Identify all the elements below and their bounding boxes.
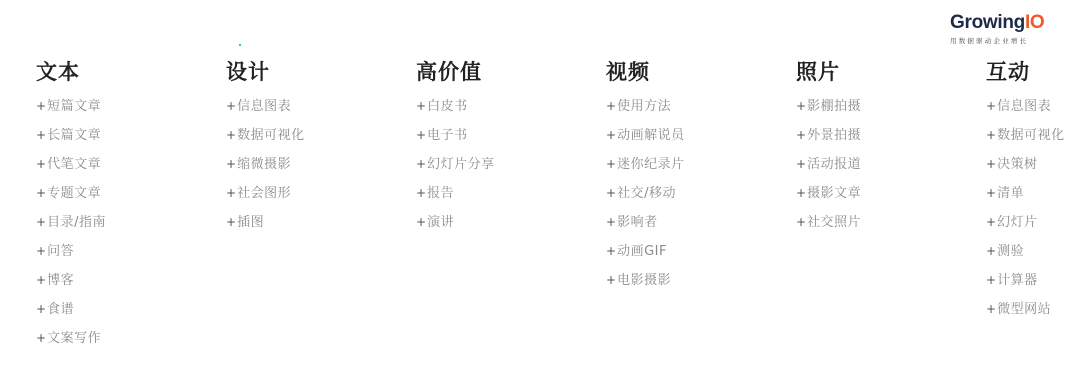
list-item[interactable]: +微型网站 <box>986 295 1080 324</box>
list-item[interactable]: +博客 <box>36 266 216 295</box>
list-item[interactable]: +短篇文章 <box>36 92 216 121</box>
logo-wordmark: GrowingIO <box>950 12 1050 34</box>
plus-icon: + <box>796 128 806 142</box>
plus-icon: + <box>986 244 996 258</box>
list-item[interactable]: +代笔文章 <box>36 150 216 179</box>
list-item-label: 问答 <box>47 244 74 259</box>
column-title: 设计 <box>226 58 406 86</box>
list-item-label: 外景拍摄 <box>807 128 861 143</box>
logo-brand-accent: IO <box>1025 12 1044 33</box>
list-item[interactable]: +长篇文章 <box>36 121 216 150</box>
list-item[interactable]: +报告 <box>416 179 596 208</box>
list-item-label: 文案写作 <box>47 331 101 346</box>
list-item-label: 社交照片 <box>807 215 861 230</box>
list-item[interactable]: +影棚拍摄 <box>796 92 976 121</box>
list-item-label: 数据可视化 <box>237 128 305 143</box>
plus-icon: + <box>36 244 46 258</box>
column-6: 互动+信息图表+数据可视化+决策树+清单+幻灯片+测验+计算器+微型网站 <box>986 58 1080 324</box>
list-item-label: 数据可视化 <box>997 128 1065 143</box>
list-item[interactable]: +影响者 <box>606 208 786 237</box>
list-item-label: 插图 <box>237 215 264 230</box>
column-3: 高价值+白皮书+电子书+幻灯片分享+报告+演讲 <box>416 58 596 237</box>
logo-brand-main: Growing <box>950 12 1025 33</box>
plus-icon: + <box>36 302 46 316</box>
list-item[interactable]: +幻灯片分享 <box>416 150 596 179</box>
plus-icon: + <box>796 157 806 171</box>
column-list: +白皮书+电子书+幻灯片分享+报告+演讲 <box>416 92 596 237</box>
column-4: 视频+使用方法+动画解说员+迷你纪录片+社交/移动+影响者+动画GIF+电影摄影 <box>606 58 786 295</box>
list-item-label: 目录/指南 <box>47 215 106 230</box>
column-list: +短篇文章+长篇文章+代笔文章+专题文章+目录/指南+问答+博客+食谱+文案写作 <box>36 92 216 353</box>
list-item-label: 代笔文章 <box>47 157 101 172</box>
list-item[interactable]: +幻灯片 <box>986 208 1080 237</box>
list-item-label: 动画GIF <box>617 244 667 259</box>
plus-icon: + <box>36 128 46 142</box>
list-item[interactable]: +社交照片 <box>796 208 976 237</box>
list-item[interactable]: +文案写作 <box>36 324 216 353</box>
plus-icon: + <box>986 186 996 200</box>
column-list: +影棚拍摄+外景拍摄+活动报道+摄影文章+社交照片 <box>796 92 976 237</box>
list-item[interactable]: +迷你纪录片 <box>606 150 786 179</box>
list-item[interactable]: +测验 <box>986 237 1080 266</box>
list-item[interactable]: +社交/移动 <box>606 179 786 208</box>
list-item-label: 信息图表 <box>997 99 1051 114</box>
plus-icon: + <box>226 186 236 200</box>
list-item[interactable]: +计算器 <box>986 266 1080 295</box>
list-item[interactable]: +插图 <box>226 208 406 237</box>
plus-icon: + <box>416 215 426 229</box>
list-item-label: 食谱 <box>47 302 74 317</box>
plus-icon: + <box>416 99 426 113</box>
list-item-label: 计算器 <box>997 273 1038 288</box>
plus-icon: + <box>796 186 806 200</box>
column-list: +使用方法+动画解说员+迷你纪录片+社交/移动+影响者+动画GIF+电影摄影 <box>606 92 786 295</box>
plus-icon: + <box>986 99 996 113</box>
list-item-label: 社交/移动 <box>617 186 676 201</box>
decorative-dot <box>239 44 241 46</box>
list-item[interactable]: +缩微摄影 <box>226 150 406 179</box>
list-item-label: 博客 <box>47 273 74 288</box>
plus-icon: + <box>986 302 996 316</box>
plus-icon: + <box>226 99 236 113</box>
column-title: 照片 <box>796 58 976 86</box>
list-item[interactable]: +清单 <box>986 179 1080 208</box>
list-item[interactable]: +动画GIF <box>606 237 786 266</box>
column-5: 照片+影棚拍摄+外景拍摄+活动报道+摄影文章+社交照片 <box>796 58 976 237</box>
list-item-label: 缩微摄影 <box>237 157 291 172</box>
plus-icon: + <box>226 215 236 229</box>
plus-icon: + <box>226 157 236 171</box>
logo-tagline: 用数据驱动企业增长 <box>950 36 1050 46</box>
column-title: 视频 <box>606 58 786 86</box>
list-item-label: 动画解说员 <box>617 128 685 143</box>
list-item-label: 决策树 <box>997 157 1038 172</box>
plus-icon: + <box>606 244 616 258</box>
list-item[interactable]: +专题文章 <box>36 179 216 208</box>
list-item[interactable]: +演讲 <box>416 208 596 237</box>
list-item[interactable]: +电影摄影 <box>606 266 786 295</box>
list-item[interactable]: +动画解说员 <box>606 121 786 150</box>
growingio-logo: GrowingIO 用数据驱动企业增长 <box>950 12 1050 46</box>
list-item[interactable]: +食谱 <box>36 295 216 324</box>
column-list: +信息图表+数据可视化+缩微摄影+社会图形+插图 <box>226 92 406 237</box>
list-item-label: 幻灯片 <box>997 215 1038 230</box>
plus-icon: + <box>606 186 616 200</box>
list-item[interactable]: +目录/指南 <box>36 208 216 237</box>
list-item-label: 迷你纪录片 <box>617 157 685 172</box>
plus-icon: + <box>36 157 46 171</box>
list-item[interactable]: +使用方法 <box>606 92 786 121</box>
plus-icon: + <box>416 157 426 171</box>
list-item-label: 清单 <box>997 186 1024 201</box>
list-item[interactable]: +数据可视化 <box>986 121 1080 150</box>
list-item[interactable]: +信息图表 <box>226 92 406 121</box>
column-title: 互动 <box>986 58 1080 86</box>
plus-icon: + <box>36 273 46 287</box>
list-item-label: 短篇文章 <box>47 99 101 114</box>
plus-icon: + <box>416 128 426 142</box>
list-item-label: 电影摄影 <box>617 273 671 288</box>
plus-icon: + <box>36 331 46 345</box>
column-2: 设计+信息图表+数据可视化+缩微摄影+社会图形+插图 <box>226 58 406 237</box>
column-title: 高价值 <box>416 58 596 86</box>
list-item-label: 社会图形 <box>237 186 291 201</box>
list-item-label: 活动报道 <box>807 157 861 172</box>
plus-icon: + <box>606 273 616 287</box>
list-item-label: 幻灯片分享 <box>427 157 495 172</box>
list-item-label: 影响者 <box>617 215 658 230</box>
column-list: +信息图表+数据可视化+决策树+清单+幻灯片+测验+计算器+微型网站 <box>986 92 1080 324</box>
list-item[interactable]: +信息图表 <box>986 92 1080 121</box>
plus-icon: + <box>986 273 996 287</box>
column-title: 文本 <box>36 58 216 86</box>
column-1: 文本+短篇文章+长篇文章+代笔文章+专题文章+目录/指南+问答+博客+食谱+文案… <box>36 58 216 353</box>
plus-icon: + <box>36 186 46 200</box>
list-item-label: 信息图表 <box>237 99 291 114</box>
list-item[interactable]: +外景拍摄 <box>796 121 976 150</box>
list-item-label: 微型网站 <box>997 302 1051 317</box>
list-item[interactable]: +社会图形 <box>226 179 406 208</box>
list-item-label: 摄影文章 <box>807 186 861 201</box>
plus-icon: + <box>796 99 806 113</box>
list-item-label: 白皮书 <box>427 99 468 114</box>
list-item-label: 电子书 <box>427 128 468 143</box>
list-item-label: 影棚拍摄 <box>807 99 861 114</box>
list-item-label: 专题文章 <box>47 186 101 201</box>
list-item[interactable]: +白皮书 <box>416 92 596 121</box>
list-item[interactable]: +决策树 <box>986 150 1080 179</box>
plus-icon: + <box>986 128 996 142</box>
list-item[interactable]: +活动报道 <box>796 150 976 179</box>
plus-icon: + <box>796 215 806 229</box>
list-item[interactable]: +电子书 <box>416 121 596 150</box>
plus-icon: + <box>606 215 616 229</box>
plus-icon: + <box>606 99 616 113</box>
list-item-label: 长篇文章 <box>47 128 101 143</box>
list-item-label: 使用方法 <box>617 99 671 114</box>
plus-icon: + <box>986 157 996 171</box>
list-item-label: 演讲 <box>427 215 454 230</box>
list-item-label: 报告 <box>427 186 454 201</box>
plus-icon: + <box>36 99 46 113</box>
plus-icon: + <box>416 186 426 200</box>
list-item[interactable]: +数据可视化 <box>226 121 406 150</box>
plus-icon: + <box>606 128 616 142</box>
list-item[interactable]: +问答 <box>36 237 216 266</box>
list-item-label: 测验 <box>997 244 1024 259</box>
plus-icon: + <box>226 128 236 142</box>
list-item[interactable]: +摄影文章 <box>796 179 976 208</box>
plus-icon: + <box>36 215 46 229</box>
plus-icon: + <box>986 215 996 229</box>
plus-icon: + <box>606 157 616 171</box>
